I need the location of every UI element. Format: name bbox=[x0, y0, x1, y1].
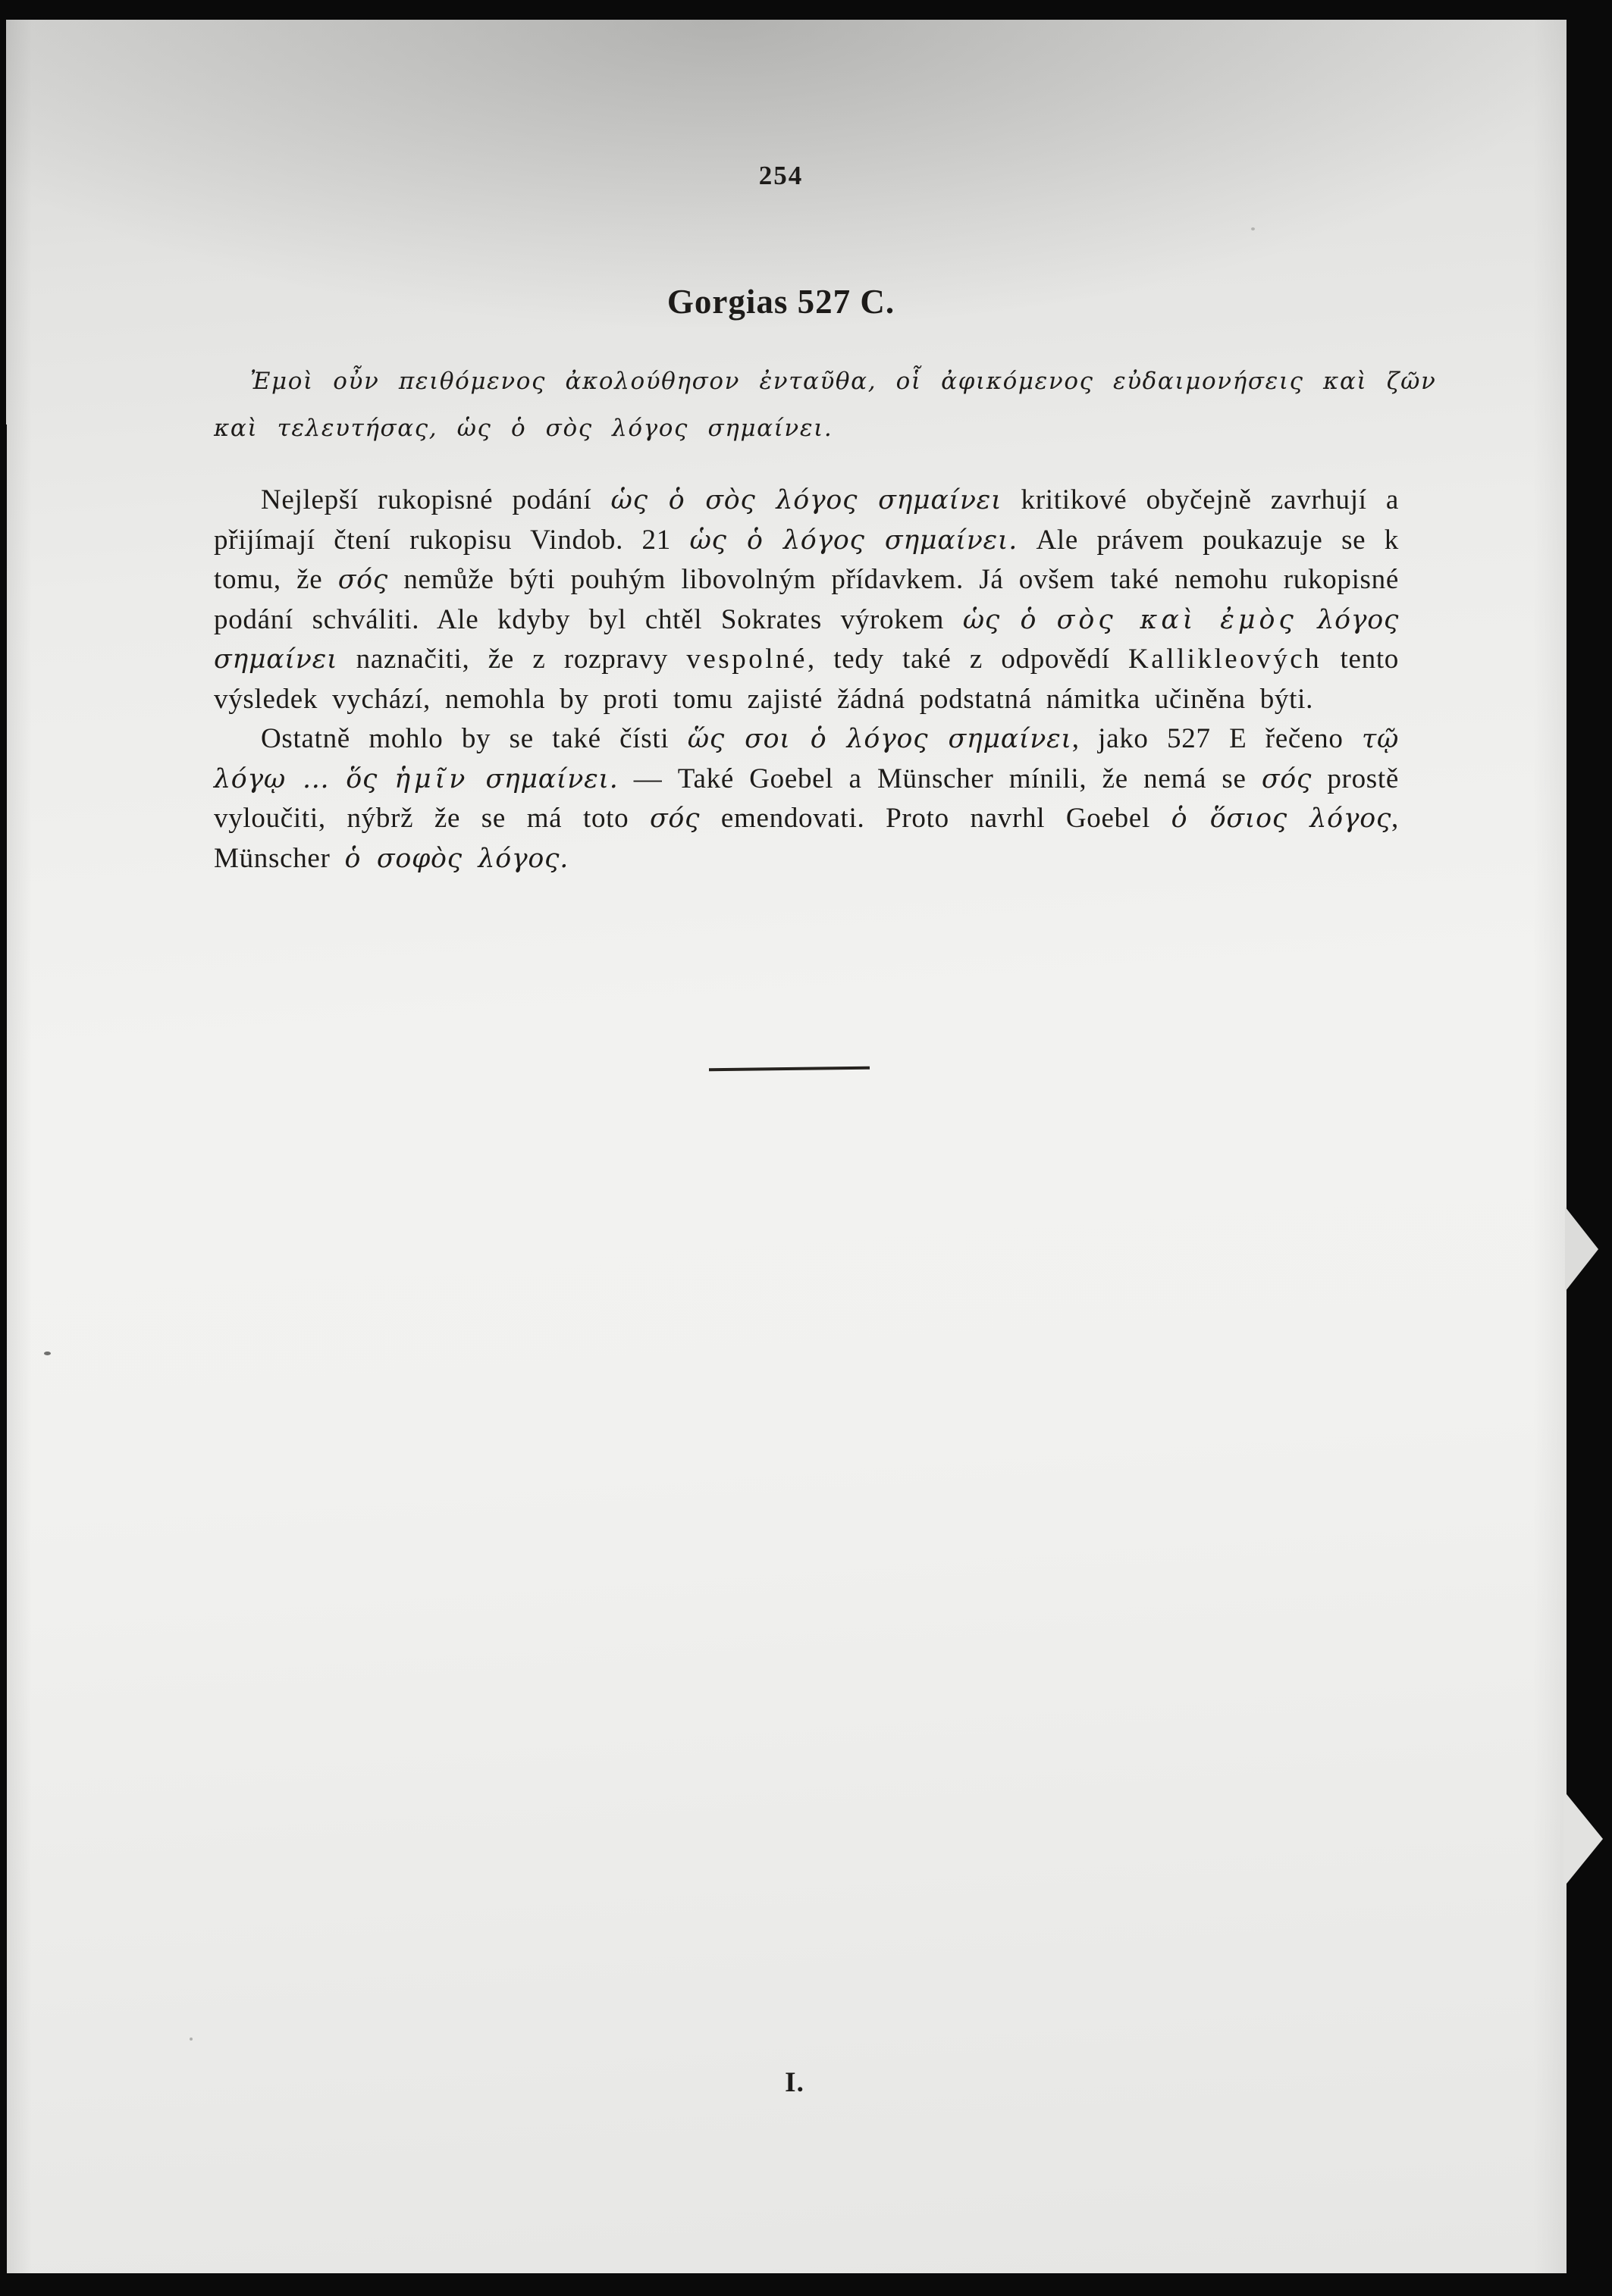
text-segment: vespolné bbox=[686, 644, 808, 675]
greek-epigraph: Ἐμοὶ οὖν πειθόμενος ἀκολούθησον ἐνταῦθα,… bbox=[214, 358, 1401, 452]
scan-edge-notch bbox=[1563, 1790, 1603, 1887]
body-text: Nejlepší rukopisné podání ὡς ὁ σὸς λόγος… bbox=[214, 481, 1399, 879]
scanned-page: 254 Gorgias 527 C. Ἐμοὶ οὖν πειθόμενος ἀ… bbox=[0, 0, 1612, 2296]
text-segment: emendovati. Proto navrhl Goebel bbox=[700, 803, 1171, 834]
greek-phrase: ὁ σοφὸς λόγος. bbox=[345, 844, 569, 874]
greek-phrase: σὸς καὶ ἐμὸς bbox=[1057, 605, 1297, 635]
scan-border-bottom bbox=[0, 2273, 1612, 2296]
greek-phrase: σημαίνει. bbox=[469, 764, 618, 794]
epigraph-line: Ἐμοὶ οὖν πειθόμενος ἀκολούθησον ἐνταῦθα,… bbox=[214, 358, 1401, 405]
scan-border-left bbox=[0, 424, 7, 2296]
text-segment: , jako 527 E řečeno bbox=[1072, 723, 1362, 754]
greek-phrase: σός bbox=[650, 803, 700, 834]
text-segment: — Také Goebel a Münscher mínili, že nemá… bbox=[619, 763, 1262, 794]
epigraph-line: καὶ τελευτήσας, ὡς ὁ σὸς λόγος σημαίνει. bbox=[214, 405, 1401, 452]
greek-phrase: ὥς σοι ὁ λόγος σημαίνει bbox=[688, 724, 1072, 754]
paragraph: Nejlepší rukopisné podání ὡς ὁ σὸς λόγος… bbox=[214, 481, 1399, 719]
text-segment: , tedy také z odpovědí bbox=[808, 644, 1128, 675]
page-number: 254 bbox=[201, 161, 1361, 191]
scan-edge-notch bbox=[1565, 1207, 1598, 1292]
dust-speck bbox=[1251, 227, 1255, 230]
separator-rule bbox=[709, 1067, 870, 1072]
scan-border-right bbox=[1567, 15, 1612, 2296]
greek-phrase: ὁ ὅσιος λόγος bbox=[1171, 803, 1391, 834]
dust-speck bbox=[44, 1352, 51, 1355]
scan-border-top bbox=[0, 0, 1612, 20]
signature-mark: I. bbox=[201, 2066, 1388, 2099]
paragraph: Ostatně mohlo by se také čísti ὥς σοι ὁ … bbox=[214, 719, 1399, 879]
greek-phrase: ὡς ὁ σὸς λόγος σημαίνει bbox=[611, 485, 1002, 515]
text-segment: naznačiti, že z rozpravy bbox=[337, 644, 686, 675]
dust-speck bbox=[190, 2038, 193, 2041]
text-segment: Kallikleových bbox=[1128, 644, 1322, 675]
greek-phrase: σός bbox=[1262, 764, 1312, 794]
greek-phrase: ἡμῖν bbox=[394, 764, 469, 794]
text-segment: Nejlepší rukopisné podání bbox=[261, 484, 611, 515]
greek-phrase: σός bbox=[338, 565, 388, 595]
page-title: Gorgias 527 C. bbox=[201, 282, 1361, 321]
page-content: 254 Gorgias 527 C. Ἐμοὶ οὖν πειθόμενος ἀ… bbox=[0, 0, 1612, 2296]
greek-phrase: ὡς ὁ bbox=[963, 605, 1057, 635]
greek-phrase: ὡς ὁ λόγος σημαίνει. bbox=[689, 525, 1018, 556]
text-segment: Ostatně mohlo by se také čísti bbox=[261, 723, 688, 754]
